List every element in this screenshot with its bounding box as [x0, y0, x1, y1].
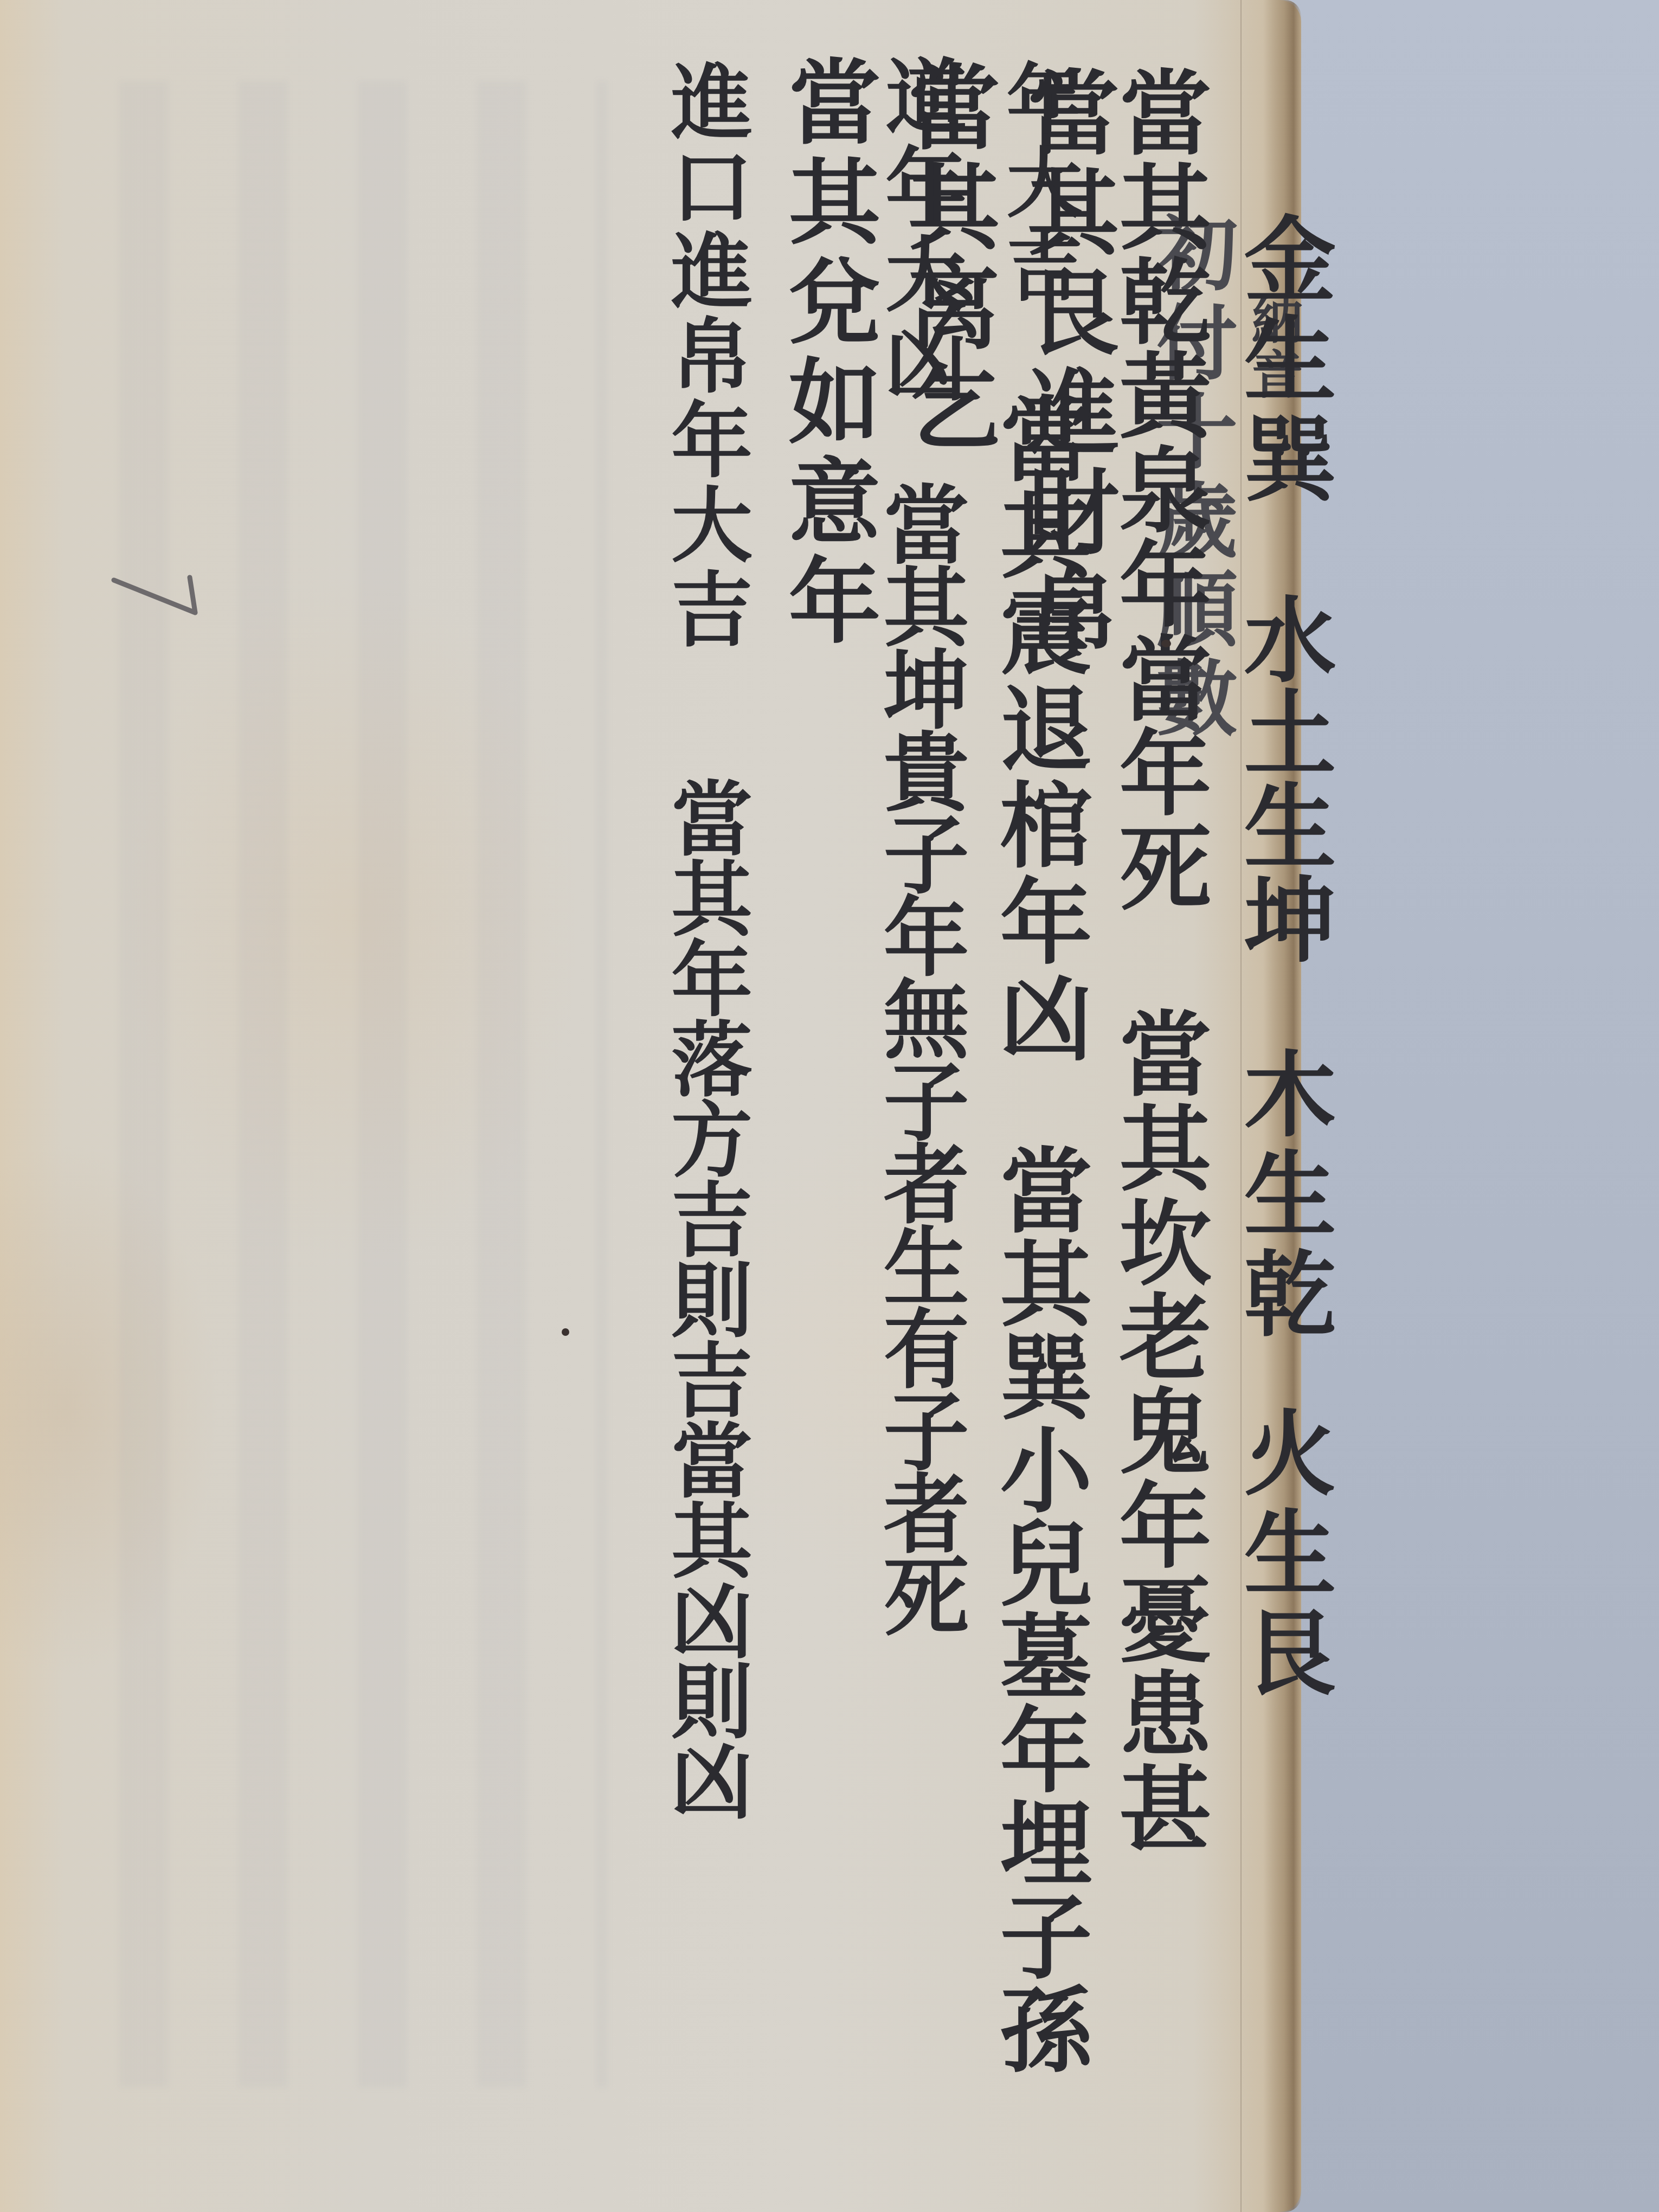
column-5-segment-2: 當其年落方吉則吉當其凶則凶 [664, 776, 745, 1819]
column-4-segment-2: 當其坤貴子年無子者生有子者死 [876, 480, 962, 1634]
column-2-segment-2: 當其坎老鬼年憂患甚 [1111, 1006, 1204, 1855]
column-4-segment-3: 當其兌如意年 [781, 54, 873, 653]
ink-speck [562, 1328, 569, 1336]
ink-speck [1161, 640, 1171, 647]
column-2-segment-1: 當其乾黃泉年當年死 [1111, 65, 1204, 914]
column-5-segment-1: 進口進帛年大吉 [664, 60, 745, 652]
text-column-5: 進口進帛年大吉當其年落方吉則吉當其凶則凶 [659, 60, 751, 1819]
column-1-segment-3: 木生乾 [1236, 1046, 1328, 1346]
column-1-segment-4: 火生艮 [1236, 1405, 1328, 1705]
column-3-segment-3: 當其巽小兒墓年埋子孫 [992, 1143, 1084, 2075]
text-column-4: 道年大凶當其坤貴子年無子者生有子者死當其兌如意年 [781, 54, 965, 2212]
column-3-segment-1: 年大吉 [1000, 60, 1076, 310]
pencil-check-mark-icon [108, 575, 206, 623]
bleed-through-text [119, 81, 607, 2087]
column-3-segment-2: 當其震退棺年凶 [992, 391, 1084, 1067]
column-1-segment-1: 金生巽 [1236, 211, 1328, 511]
column-1-segment-2: 水土生坤 [1236, 592, 1328, 965]
column-4-segment-1: 道年大凶 [878, 54, 960, 410]
manuscript-page: 納音 金生巽水土生坤木生乾火生艮初付十歲順數 當其乾黃泉年當年死當其坎老鬼年憂患… [0, 0, 1301, 2212]
